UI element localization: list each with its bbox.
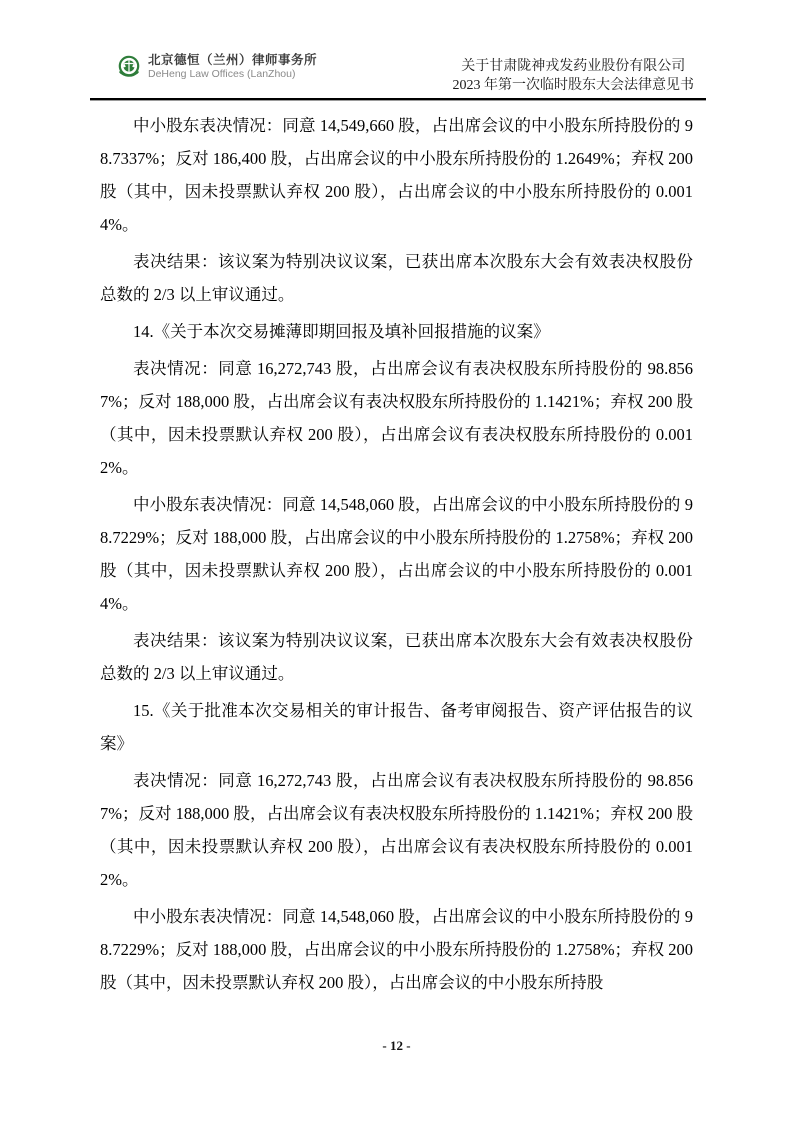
vote-result-paragraph: 表决结果：该议案为特别决议议案，已获出席本次股东大会有效表决权股份总数的 2/3… (100, 624, 693, 690)
document-title-block: 关于甘肃陇神戎发药业股份有限公司 2023 年第一次临时股东大会法律意见书 (453, 57, 695, 95)
page-number: - 12 - (382, 1038, 410, 1053)
minority-shareholder-vote-paragraph: 中小股东表决情况：同意 14,548,060 股，占出席会议的中小股东所持股份的… (100, 900, 693, 999)
firm-name-cn: 北京德恒（兰州）律师事务所 (148, 52, 317, 68)
law-firm-brand: 北京德恒（兰州）律师事务所 DeHeng Law Offices (LanZho… (116, 52, 317, 81)
proposal-15-heading: 15.《关于批准本次交易相关的审计报告、备考审阅报告、资产评估报告的议案》 (100, 694, 693, 760)
vote-result-paragraph: 表决结果：该议案为特别决议议案，已获出席本次股东大会有效表决权股份总数的 2/3… (100, 245, 693, 311)
document-body: 中小股东表决情况：同意 14,549,660 股，占出席会议的中小股东所持股份的… (100, 109, 693, 1003)
firm-name-en: DeHeng Law Offices (LanZhou) (148, 68, 317, 81)
doc-title-line1: 关于甘肃陇神戎发药业股份有限公司 (453, 57, 695, 76)
law-firm-logo-icon (116, 54, 142, 80)
minority-shareholder-vote-paragraph: 中小股东表决情况：同意 14,548,060 股，占出席会议的中小股东所持股份的… (100, 488, 693, 620)
page-footer: - 12 - (0, 1038, 793, 1054)
document-page: 北京德恒（兰州）律师事务所 DeHeng Law Offices (LanZho… (0, 0, 793, 1122)
minority-shareholder-vote-paragraph: 中小股东表决情况：同意 14,549,660 股，占出席会议的中小股东所持股份的… (100, 109, 693, 241)
doc-title-line2: 2023 年第一次临时股东大会法律意见书 (453, 76, 695, 95)
header-divider (90, 98, 706, 101)
firm-name-block: 北京德恒（兰州）律师事务所 DeHeng Law Offices (LanZho… (148, 52, 317, 81)
vote-detail-paragraph: 表决情况：同意 16,272,743 股，占出席会议有表决权股东所持股份的 98… (100, 352, 693, 484)
proposal-14-heading: 14.《关于本次交易摊薄即期回报及填补回报措施的议案》 (100, 315, 693, 348)
vote-detail-paragraph: 表决情况：同意 16,272,743 股，占出席会议有表决权股东所持股份的 98… (100, 764, 693, 896)
